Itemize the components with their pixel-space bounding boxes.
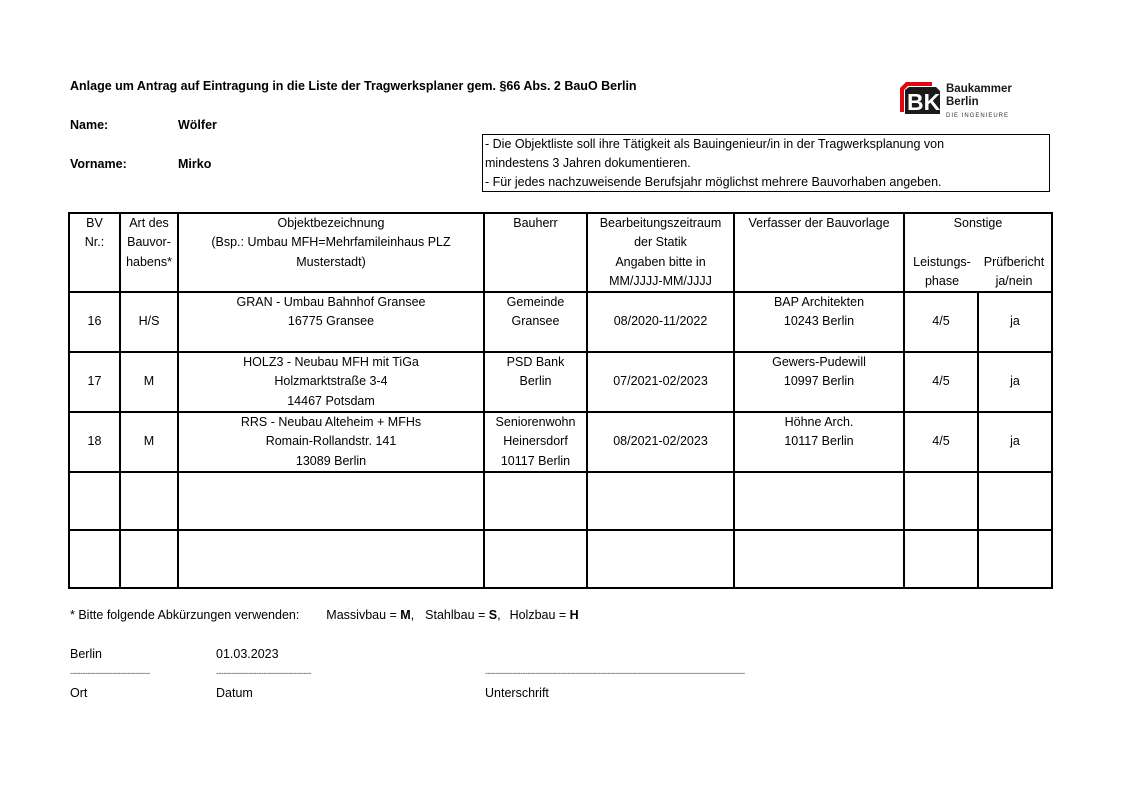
header-pruefbericht: Prüfbericht <box>978 253 1050 272</box>
empty-cell[interactable] <box>978 530 1052 588</box>
logo-name-line2: Berlin <box>946 96 1012 109</box>
cell-bv-nr[interactable]: 18 <box>69 412 120 472</box>
bk-logo-icon: BK <box>898 82 940 114</box>
firstname-label: Vorname: <box>70 157 127 171</box>
cell-bv-nr[interactable]: 17 <box>69 352 120 412</box>
place-line: -------------------------------- <box>70 668 176 678</box>
cell-objekt[interactable]: HOLZ3 - Neubau MFH mit TiGaHolzmarktstra… <box>178 352 484 412</box>
empty-cell[interactable] <box>978 472 1052 530</box>
cell-verfasser[interactable]: Höhne Arch.10117 Berlin <box>734 412 904 472</box>
cell-objekt[interactable]: GRAN - Umbau Bahnhof Gransee16775 Granse… <box>178 292 484 352</box>
empty-cell[interactable] <box>484 530 587 588</box>
header-bv-nr: BVNr.: <box>69 213 120 292</box>
empty-cell[interactable] <box>734 472 904 530</box>
signature-label: Unterschrift <box>485 686 549 700</box>
cell-objekt[interactable]: RRS - Neubau Alteheim + MFHsRomain-Rolla… <box>178 412 484 472</box>
empty-table-row <box>69 472 1052 530</box>
instruction-line: - Die Objektliste soll ihre Tätigkeit al… <box>485 135 1047 154</box>
cell-verfasser[interactable]: Gewers-Pudewill10997 Berlin <box>734 352 904 412</box>
cell-zeitraum[interactable]: 07/2021-02/2023 <box>587 352 734 412</box>
empty-cell[interactable] <box>587 472 734 530</box>
project-table: BVNr.: Art desBauvor-habens* Objektbezei… <box>68 212 1053 589</box>
logo-name-line1: Baukammer <box>946 83 1012 96</box>
name-value[interactable]: Wölfer <box>178 118 217 132</box>
empty-cell[interactable] <box>178 472 484 530</box>
cell-leistungsphase[interactable]: 4/5 <box>904 412 978 472</box>
logo-tagline: DIE INGENIEURE <box>946 113 1009 119</box>
logo-name: Baukammer Berlin <box>946 83 1012 109</box>
empty-cell[interactable] <box>178 530 484 588</box>
empty-cell[interactable] <box>69 472 120 530</box>
date-line: -------------------------------------- <box>216 668 342 678</box>
date-label: Datum <box>216 686 253 700</box>
svg-text:BK: BK <box>907 89 940 114</box>
table-header-row: BVNr.: Art desBauvor-habens* Objektbezei… <box>69 213 1052 292</box>
cell-pruefbericht[interactable]: ja <box>978 292 1052 352</box>
empty-cell[interactable] <box>120 472 178 530</box>
empty-cell[interactable] <box>484 472 587 530</box>
date-value[interactable]: 01.03.2023 <box>216 647 279 661</box>
table-row: 16H/SGRAN - Umbau Bahnhof Gransee16775 G… <box>69 292 1052 352</box>
instructions-box: - Die Objektliste soll ihre Tätigkeit al… <box>482 134 1050 192</box>
header-art: Art desBauvor-habens* <box>120 213 178 292</box>
instruction-line: mindestens 3 Jahren dokumentieren. <box>485 154 1047 173</box>
cell-art[interactable]: H/S <box>120 292 178 352</box>
cell-zeitraum[interactable]: 08/2020-11/2022 <box>587 292 734 352</box>
empty-cell[interactable] <box>904 530 978 588</box>
header-leistungsphase: Leistungs- <box>906 253 978 272</box>
baukammer-logo: BK Baukammer Berlin DIE INGENIEURE <box>898 80 1033 122</box>
cell-zeitraum[interactable]: 08/2021-02/2023 <box>587 412 734 472</box>
cell-bauherr[interactable]: SeniorenwohnHeinersdorf10117 Berlin <box>484 412 587 472</box>
name-label: Name: <box>70 118 108 132</box>
empty-cell[interactable] <box>587 530 734 588</box>
instruction-line: - Für jedes nachzuweisende Berufsjahr mö… <box>485 173 1047 192</box>
empty-table-row <box>69 530 1052 588</box>
cell-art[interactable]: M <box>120 352 178 412</box>
header-sonstige: Sonstige Leistungs- Prüfbericht phase ja… <box>904 213 1052 292</box>
cell-bv-nr[interactable]: 16 <box>69 292 120 352</box>
signature-line: ----------------------------------------… <box>485 668 795 678</box>
document-title: Anlage um Antrag auf Eintragung in die L… <box>70 79 637 93</box>
cell-leistungsphase[interactable]: 4/5 <box>904 352 978 412</box>
empty-cell[interactable] <box>120 530 178 588</box>
cell-bauherr[interactable]: PSD BankBerlin <box>484 352 587 412</box>
header-objekt: Objektbezeichnung(Bsp.: Umbau MFH=Mehrfa… <box>178 213 484 292</box>
header-zeitraum: Bearbeitungszeitraumder StatikAngaben bi… <box>587 213 734 292</box>
empty-cell[interactable] <box>904 472 978 530</box>
cell-bauherr[interactable]: GemeindeGransee <box>484 292 587 352</box>
table-row: 17MHOLZ3 - Neubau MFH mit TiGaHolzmarkts… <box>69 352 1052 412</box>
empty-cell[interactable] <box>69 530 120 588</box>
place-label: Ort <box>70 686 87 700</box>
cell-pruefbericht[interactable]: ja <box>978 352 1052 412</box>
header-bauherr: Bauherr <box>484 213 587 292</box>
table-row: 18MRRS - Neubau Alteheim + MFHsRomain-Ro… <box>69 412 1052 472</box>
abbreviation-note: * Bitte folgende Abkürzungen verwenden: … <box>70 608 579 622</box>
place-value[interactable]: Berlin <box>70 647 102 661</box>
cell-leistungsphase[interactable]: 4/5 <box>904 292 978 352</box>
firstname-value[interactable]: Mirko <box>178 157 211 171</box>
empty-cell[interactable] <box>734 530 904 588</box>
cell-verfasser[interactable]: BAP Architekten10243 Berlin <box>734 292 904 352</box>
header-verfasser: Verfasser der Bauvorlage <box>734 213 904 292</box>
cell-art[interactable]: M <box>120 412 178 472</box>
cell-pruefbericht[interactable]: ja <box>978 412 1052 472</box>
